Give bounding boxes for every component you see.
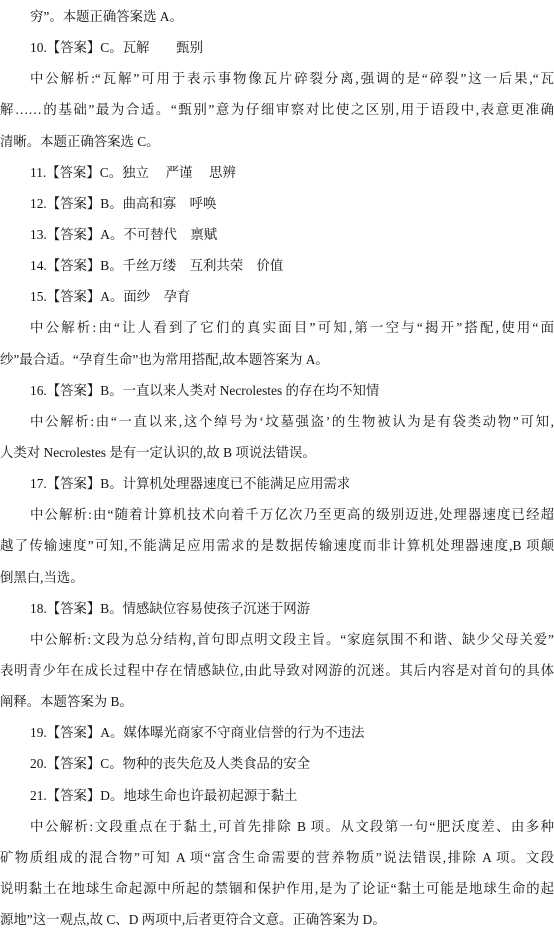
text-line: 中公解析:由“随着计算机技术向着千万亿次乃至更高的级别迈进,处理器速度已经超 <box>0 499 554 530</box>
text-line: 13.【答案】A。不可替代 禀赋 <box>0 219 554 250</box>
text-line: 中公解析:由“让人看到了它们的真实面目”可知,第一空与“揭开”搭配,使用“面 <box>0 312 554 343</box>
text-line: 倒黑白,当选。 <box>0 562 554 593</box>
text-line: 14.【答案】B。千丝万缕 互利共荣 价值 <box>0 250 554 281</box>
text-line: 中公解析:文段重点在于黏土,可首先排除 B 项。从文段第一句“肥沃度差、由多种 <box>0 811 554 842</box>
text-line: 18.【答案】B。情感缺位容易使孩子沉迷于网游 <box>0 593 554 624</box>
text-line: 中公解析:由“一直以来,这个绰号为‘坟墓强盗’的生物被认为是有袋类动物”可知, <box>0 406 554 437</box>
text-line: 矿物质组成的混合物”可知 A 项“富含生命需要的营养物质”说法错误,排除 A 项… <box>0 842 554 873</box>
text-line: 17.【答案】B。计算机处理器速度已不能满足应用需求 <box>0 468 554 499</box>
text-line: 中公解析:“瓦解”可用于表示事物像瓦片碎裂分离,强调的是“碎裂”这一后果,“瓦 <box>0 63 554 94</box>
text-line: 12.【答案】B。曲高和寡 呼唤 <box>0 188 554 219</box>
document-text-block: 穷”。本题正确答案选 A。10.【答案】C。瓦解 甄别中公解析:“瓦解”可用于表… <box>0 1 554 935</box>
text-line: 越了传输速度”可知,不能满足应用需求的是数据传输速度而非计算机处理器速度,B 项… <box>0 530 554 561</box>
text-line: 清晰。本题正确答案选 C。 <box>0 126 554 157</box>
text-line: 阐释。本题答案为 B。 <box>0 686 554 717</box>
text-line: 穷”。本题正确答案选 A。 <box>0 1 554 32</box>
text-line: 中公解析:文段为总分结构,首句即点明文段主旨。“家庭氛围不和谐、缺少父母关爱” <box>0 624 554 655</box>
text-line: 21.【答案】D。地球生命也许最初起源于黏土 <box>0 780 554 811</box>
text-line: 纱”最合适。“孕育生命”也为常用搭配,故本题答案为 A。 <box>0 344 554 375</box>
text-line: 解……的基础”最为合适。“甄别”意为仔细审察对比使之区别,用于语段中,表意更准确 <box>0 94 554 125</box>
text-line: 表明青少年在成长过程中存在情感缺位,由此导致对网游的沉迷。其后内容是对首句的具体 <box>0 655 554 686</box>
text-line: 19.【答案】A。媒体曝光商家不守商业信誉的行为不违法 <box>0 717 554 748</box>
text-line: 16.【答案】B。一直以来人类对 Necrolestes 的存在均不知情 <box>0 375 554 406</box>
text-line: 15.【答案】A。面纱 孕育 <box>0 281 554 312</box>
text-line: 源地”这一观点,故 C、D 两项中,后者更符合文意。正确答案为 D。 <box>0 904 554 935</box>
text-line: 说明黏土在地球生命起源中所起的禁锢和保护作用,是为了论证“黏土可能是地球生命的起 <box>0 873 554 904</box>
document-page: 穷”。本题正确答案选 A。10.【答案】C。瓦解 甄别中公解析:“瓦解”可用于表… <box>0 0 554 936</box>
text-line: 10.【答案】C。瓦解 甄别 <box>0 32 554 63</box>
text-line: 20.【答案】C。物种的丧失危及人类食品的安全 <box>0 748 554 779</box>
text-line: 人类对 Necrolestes 是有一定认识的,故 B 项说法错误。 <box>0 437 554 468</box>
text-line: 11.【答案】C。独立 严谨 思辨 <box>0 157 554 188</box>
